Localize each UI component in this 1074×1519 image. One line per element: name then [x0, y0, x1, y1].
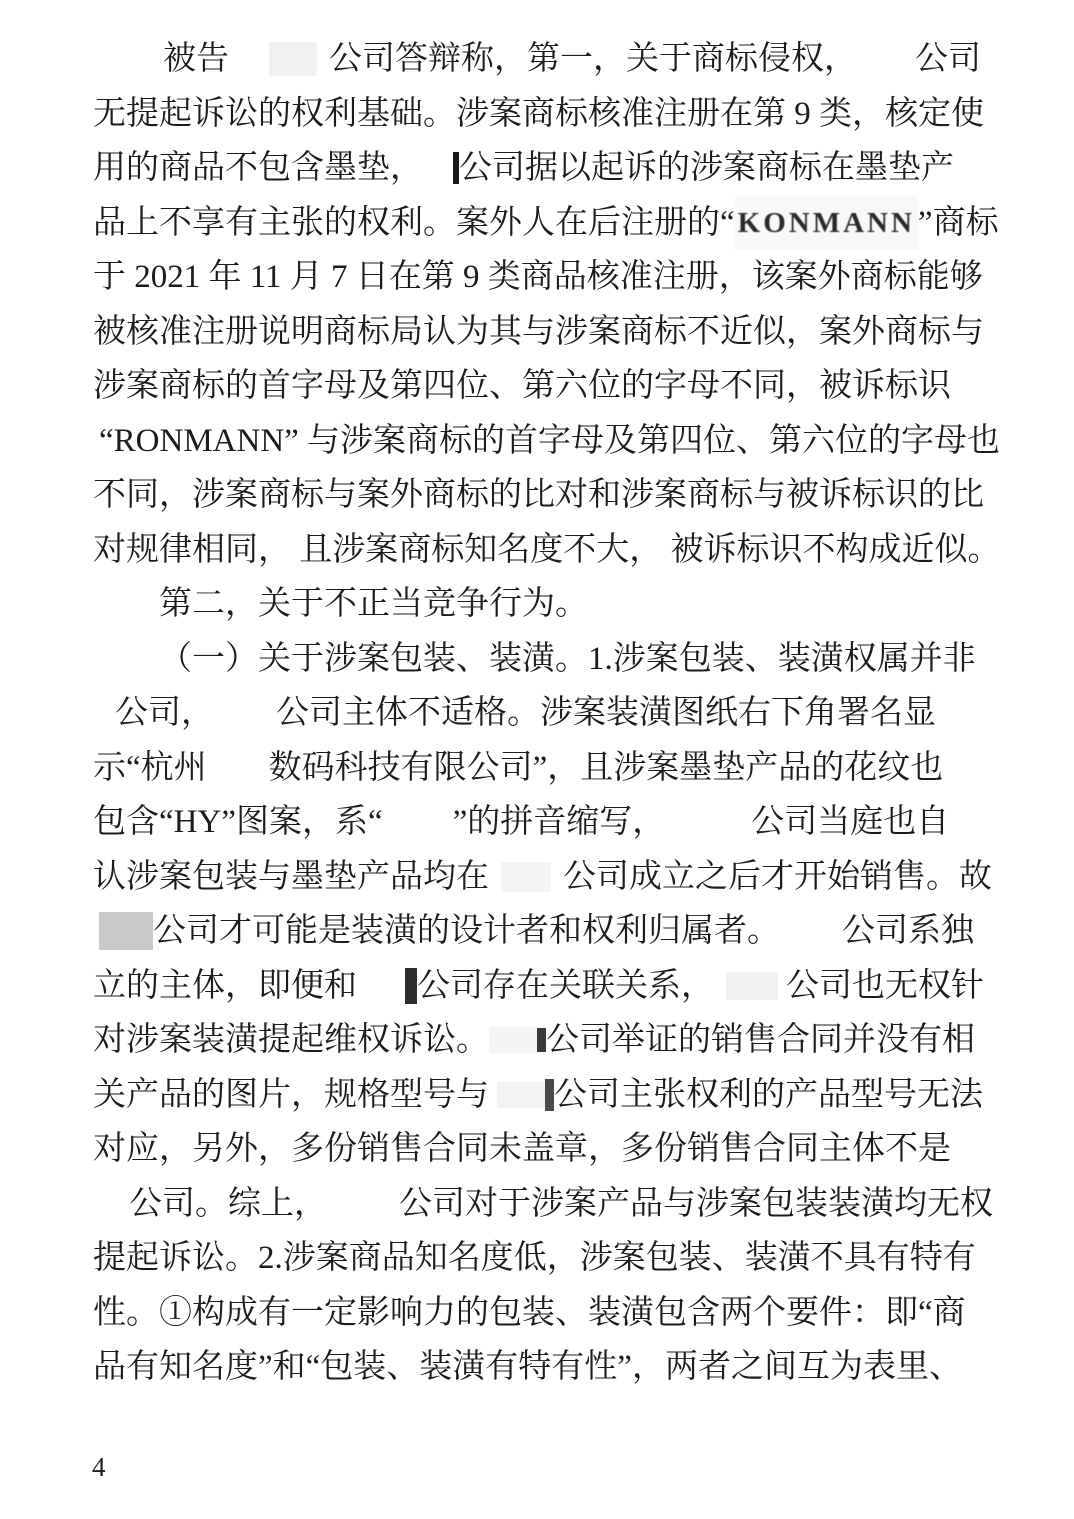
document-body: 被告公司答辩称，第一，关于商标侵权，公司无提起诉讼的权利基础。涉案商标核准注册在…: [93, 32, 998, 1395]
text-run: 对应，另外，多份销售合同未盖章，多份销售合同主体不是: [93, 1122, 951, 1177]
text-run: 性。①构成有一定影响力的包装、装潢包含两个要件：即“商: [93, 1286, 966, 1341]
text-line: 品上不享有主张的权利。案外人在后注册的“KONMANN”商标: [93, 196, 998, 251]
redacted-blank-gap: [714, 985, 726, 986]
text-run: 品有知名度”和“包装、装潢有特有性”，两者之间互为表里、: [93, 1340, 962, 1395]
text-line: “RONMANN” 与涉案商标的首字母及第四位、第六位的字母也: [93, 414, 998, 469]
text-line: 被核准注册说明商标局认为其与涉案商标不近似，案外商标与: [93, 305, 998, 360]
redacted-blank-gap: [857, 59, 915, 60]
trademark-konmann: KONMANN: [735, 196, 918, 251]
redacted-blank-gap: [489, 1094, 497, 1095]
redaction-box-light: [501, 862, 551, 892]
text-run: 公司答辩称，第一，关于商标侵权，: [329, 32, 857, 87]
redacted-blank-gap: [93, 604, 159, 605]
text-run: 公司: [915, 32, 981, 87]
text-run: ”的拼音缩写，: [453, 795, 666, 850]
text-line: 被告公司答辩称，第一，关于商标侵权，公司: [93, 32, 998, 87]
redacted-blank-gap: [357, 985, 405, 986]
redacted-blank-gap: [207, 767, 269, 768]
text-run: 提起诉讼。2.涉案商品知名度低，涉案包装、装潢不具有特有: [93, 1231, 976, 1286]
redacted-blank-gap: [229, 59, 269, 60]
text-run: 认涉案包装与墨垫产品均在: [93, 850, 489, 905]
redacted-blank-gap: [423, 168, 453, 169]
redacted-blank-gap: [551, 876, 563, 877]
text-line: 第二，关于不正当竞争行为。: [93, 577, 998, 632]
page-number: 4: [92, 1452, 106, 1483]
redaction-box-light: [497, 1082, 545, 1108]
text-run: 公司。综上，: [129, 1177, 327, 1232]
redacted-blank-gap: [780, 931, 842, 932]
text-run: 公司存在关联关系，: [417, 959, 714, 1014]
text-run: （一）关于涉案包装、装潢。1.涉案包装、装潢权属并非: [159, 632, 976, 687]
text-line: 对规律相同， 且涉案商标知名度不大， 被诉标识不构成近似。: [93, 523, 998, 578]
redacted-blank-gap: [317, 59, 329, 60]
redacted-blank-gap: [93, 713, 115, 714]
text-run: 无提起诉讼的权利基础。涉案商标核准注册在第 9 类，核定使: [93, 87, 984, 142]
text-line: 品有知名度”和“包装、装潢有特有性”，两者之间互为表里、: [93, 1340, 998, 1395]
text-line: 对应，另外，多份销售合同未盖章，多份销售合同主体不是: [93, 1122, 998, 1177]
text-line: 对涉案装潢提起维权诉讼。公司举证的销售合同并没有相: [93, 1013, 998, 1068]
text-run: 涉案商标的首字母及第四位、第六位的字母不同，被诉标识: [93, 359, 951, 414]
text-line: 性。①构成有一定影响力的包装、装潢包含两个要件：即“商: [93, 1286, 998, 1341]
text-line: 用的商品不包含墨垫，公司据以起诉的涉案商标在墨垫产: [93, 141, 998, 196]
redacted-blank-gap: [214, 713, 276, 714]
text-line: 于 2021 年 11 月 7 日在第 9 类商品核准注册，该案外商标能够: [93, 250, 998, 305]
text-line: 公司才可能是装潢的设计者和权利归属者。公司系独: [93, 904, 998, 959]
text-run: 数码科技有限公司”，且涉案墨垫产品的花纹也: [269, 741, 944, 796]
text-run: 被告: [163, 32, 229, 87]
text-run: “RONMANN” 与涉案商标的首字母及第四位、第六位的字母也: [99, 414, 1000, 469]
redaction-box-gray: [99, 912, 153, 950]
text-run: 公司才可能是装潢的设计者和权利归属者。: [153, 904, 780, 959]
text-line: 涉案商标的首字母及第四位、第六位的字母不同，被诉标识: [93, 359, 998, 414]
text-run: 公司也无权针: [786, 959, 984, 1014]
text-run: 关产品的图片，规格型号与: [93, 1068, 489, 1123]
text-run: 公司当庭也自: [751, 795, 949, 850]
text-run: 公司成立之后才开始销售。故: [563, 850, 992, 905]
redaction-box-light: [726, 972, 778, 1000]
text-line: 公司。综上，公司对于涉案产品与涉案包装装潢均无权: [93, 1177, 998, 1232]
text-run: 示“杭州: [93, 741, 207, 796]
text-run: 对涉案装潢提起维权诉讼。: [93, 1013, 489, 1068]
text-run: 公司对于涉案产品与涉案包装装潢均无权: [399, 1177, 993, 1232]
text-line: 不同，涉案商标与案外商标的比对和涉案商标与被诉标识的比: [93, 468, 998, 523]
text-run: 公司举证的销售合同并没有相: [546, 1013, 975, 1068]
text-run: ”商标: [918, 196, 999, 251]
text-line: 包含“HY”图案，系“”的拼音缩写，公司当庭也自: [93, 795, 998, 850]
text-run: 公司系独: [842, 904, 974, 959]
text-line: 提起诉讼。2.涉案商品知名度低，涉案包装、装潢不具有特有: [93, 1231, 998, 1286]
text-run: 被核准注册说明商标局认为其与涉案商标不近似，案外商标与: [93, 305, 984, 360]
redaction-mark-dark: [537, 1028, 546, 1052]
redaction-mark-dark: [405, 968, 417, 1004]
redaction-box-light: [269, 42, 317, 76]
text-line: 无提起诉讼的权利基础。涉案商标核准注册在第 9 类，核定使: [93, 87, 998, 142]
text-line: 示“杭州数码科技有限公司”，且涉案墨垫产品的花纹也: [93, 741, 998, 796]
text-run: 对规律相同， 且涉案商标知名度不大， 被诉标识不构成近似。: [93, 523, 1001, 578]
text-line: 关产品的图片，规格型号与公司主张权利的产品型号无法: [93, 1068, 998, 1123]
text-run: 第二，关于不正当竞争行为。: [159, 577, 588, 632]
text-line: （一）关于涉案包装、装潢。1.涉案包装、装潢权属并非: [93, 632, 998, 687]
redacted-blank-gap: [489, 876, 501, 877]
redacted-blank-gap: [327, 1203, 399, 1204]
text-run: 公司主体不适格。涉案装潢图纸右下角署名显: [276, 686, 936, 741]
text-run: 立的主体，即便和: [93, 959, 357, 1014]
text-run: 品上不享有主张的权利。案外人在后注册的“: [93, 196, 735, 251]
text-line: 公司，公司主体不适格。涉案装潢图纸右下角署名显: [93, 686, 998, 741]
redacted-blank-gap: [93, 658, 159, 659]
text-line: 认涉案包装与墨垫产品均在公司成立之后才开始销售。故: [93, 850, 998, 905]
redacted-blank-gap: [778, 985, 786, 986]
text-run: 公司，: [115, 686, 214, 741]
text-run: 不同，涉案商标与案外商标的比对和涉案商标与被诉标识的比: [93, 468, 984, 523]
text-run: 用的商品不包含墨垫，: [93, 141, 423, 196]
text-run: 包含“HY”图案，系“: [93, 795, 383, 850]
redaction-mark-dark: [545, 1079, 554, 1111]
redacted-blank-gap: [93, 59, 163, 60]
redacted-blank-gap: [93, 1203, 129, 1204]
text-line: 立的主体，即便和公司存在关联关系，公司也无权针: [93, 959, 998, 1014]
text-run: 于 2021 年 11 月 7 日在第 9 类商品核准注册，该案外商标能够: [93, 250, 983, 305]
text-run: 公司主张权利的产品型号无法: [554, 1068, 983, 1123]
redaction-box-light: [489, 1027, 537, 1053]
redacted-blank-gap: [383, 822, 453, 823]
redacted-blank-gap: [665, 822, 751, 823]
text-run: 公司据以起诉的涉案商标在墨垫产: [459, 141, 954, 196]
